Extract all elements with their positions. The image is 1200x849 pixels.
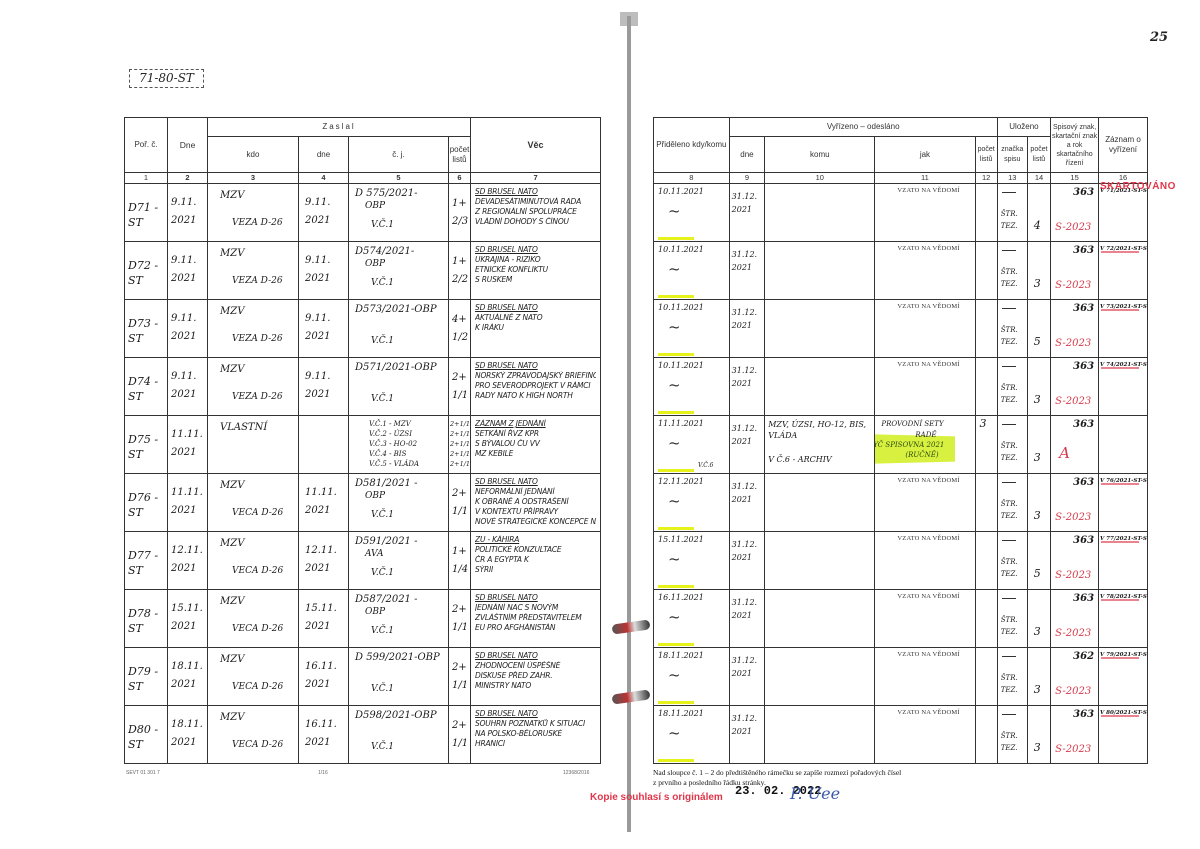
stored-sheet-count: 3: [1034, 684, 1041, 695]
header-prideleno: Přiděleno kdy/komu: [654, 118, 730, 173]
cell-listy-ul: 3: [1027, 416, 1050, 474]
cell-listy-ul: 3: [1027, 590, 1050, 648]
sent-date: 12.11. 2021: [305, 542, 343, 578]
file-mark: ŠTR. TEZ.: [1001, 324, 1023, 348]
header-spisovy-znak: Spisový znak, skartační znak a rok skart…: [1051, 118, 1099, 173]
cell-kdo: VLASTNÍ: [208, 416, 299, 474]
retention-code: A: [1059, 448, 1070, 459]
cell-pocet-listu: 2+1/1: [449, 590, 471, 648]
cell-spis-znak: 363S-2023: [1051, 184, 1099, 242]
cell-dne-z: 11.11. 2021: [299, 474, 349, 532]
resolved-date: 31.12. 2021: [732, 712, 760, 738]
dash-mark: [1002, 598, 1016, 599]
cell-spis-znak: 363S-2023: [1051, 590, 1099, 648]
sender: MZV: [220, 306, 244, 317]
cell-dne: 18.11. 2021: [168, 706, 208, 764]
register-row: 18.11.2021~31.12. 2021VZATO NA VĚDOMÍŠTR…: [654, 706, 1148, 764]
dash-mark: [1002, 250, 1016, 251]
column-number: 14: [1027, 173, 1050, 184]
cell-por: D72 - ST: [125, 242, 168, 300]
cell-dne: 9.11. 2021: [168, 242, 208, 300]
sender-dept: VEZA D-26: [232, 334, 283, 345]
assigned-date: 10.11.2021: [658, 302, 704, 313]
sheet-count: 1+: [452, 256, 467, 267]
register-row: D78 - ST15.11. 2021MZVVECA D-2615.11. 20…: [125, 590, 601, 648]
reference-number: D571/2021-OBP: [355, 362, 437, 373]
register-row: 18.11.2021~31.12. 2021VZATO NA VĚDOMÍŠTR…: [654, 648, 1148, 706]
resolved-date: 31.12. 2021: [732, 596, 760, 622]
cell-dne: 11.11. 2021: [168, 416, 208, 474]
cell-listy-ul: 3: [1027, 242, 1050, 300]
assigned-date: 18.11.2021: [658, 708, 704, 719]
column-number: 6: [449, 173, 471, 184]
column-number: 7: [471, 173, 601, 184]
cell-znacka: ŠTR. TEZ.: [997, 590, 1027, 648]
subject-line: EU PRO AFGHÁNISTÁN: [475, 623, 596, 633]
column-number: 11: [875, 173, 975, 184]
cell-komu: MZV, ÚZSI, HO-12, BIS,VLÁDAV Č.6 - ARCHI…: [765, 416, 875, 474]
cell-prideleno: 15.11.2021~: [654, 532, 730, 590]
cell-pocet-listu: 2+1/1: [449, 706, 471, 764]
subject-line: SOUHRN POZNATKŮ K SITUACI: [475, 719, 596, 729]
cell-kdo: MZVVECA D-26: [208, 706, 299, 764]
stored-sheet-count: 5: [1034, 336, 1041, 347]
signature: P. Uee: [790, 784, 840, 803]
header-zaslal: Zaslal: [208, 118, 471, 137]
file-mark: ŠTR. TEZ.: [1001, 730, 1023, 754]
binding-spine: [627, 16, 631, 832]
retention-code: S-2023: [1055, 222, 1091, 233]
cell-por: D73 - ST: [125, 300, 168, 358]
cell-jak: VZATO NA VĚDOMÍ: [875, 706, 975, 764]
header-komu: komu: [765, 137, 875, 173]
subject-line: S BÝVALOU ČU VV: [475, 439, 596, 449]
stored-sheet-count: 3: [1034, 742, 1041, 753]
cell-por: D71 - ST: [125, 184, 168, 242]
initials-signature: ~: [668, 318, 681, 336]
cell-prideleno: 18.11.2021~: [654, 648, 730, 706]
column-number: 9: [729, 173, 765, 184]
retention-code: S-2023: [1055, 570, 1091, 581]
cell-por: D80 - ST: [125, 706, 168, 764]
copy-number: V.Č.1: [371, 336, 394, 347]
cell-dne-z: 16.11. 2021: [299, 648, 349, 706]
initials-signature: ~: [668, 434, 681, 452]
copy-number: V.Č.1: [371, 684, 394, 695]
subject-line: UKRAJINA - RIZIKO: [475, 255, 596, 265]
binder-ring-icon: [611, 619, 650, 634]
red-stamp-mark: [1101, 657, 1139, 659]
cell-listy-ul: 3: [1027, 706, 1050, 764]
subject-line: SD BRUSEL NATO: [475, 709, 596, 719]
header-znacka-spisu: značka spisu: [997, 137, 1027, 173]
cell-pocet-listu: 1+1/4: [449, 532, 471, 590]
cell-zaznam: V 73/2021-ST-ST: [1099, 300, 1148, 358]
file-mark: ŠTR. TEZ.: [1001, 672, 1023, 696]
sender-dept: VECA D-26: [232, 508, 283, 519]
retention-code: S-2023: [1055, 628, 1091, 639]
received-date: 15.11. 2021: [171, 600, 205, 636]
assigned-date: 10.11.2021: [658, 186, 704, 197]
file-mark: ŠTR. TEZ.: [1001, 382, 1023, 406]
sent-date: 16.11. 2021: [305, 658, 343, 694]
cell-zaznam: [1099, 416, 1148, 474]
copy-number: V.Č.1: [371, 220, 394, 231]
dash-mark: [1002, 482, 1016, 483]
reference-number: D591/2021 -: [355, 536, 417, 547]
file-mark: ŠTR. TEZ.: [1001, 208, 1023, 232]
column-number: 5: [349, 173, 449, 184]
copy-number: V.Č.1: [371, 510, 394, 521]
cell-cj: V.Č.1 - MZVV.Č.2 - ÚZSIV.Č.3 - HO-02V.Č.…: [349, 416, 449, 474]
cell-pocet: [975, 706, 997, 764]
cell-spis-znak: 363S-2023: [1051, 474, 1099, 532]
highlight-mark: [658, 585, 694, 588]
column-number: 3: [208, 173, 299, 184]
entry-number: D71 - ST: [128, 200, 166, 230]
subject-line: RADY NATO K HIGH NORTH: [475, 391, 596, 401]
cell-znacka: ŠTR. TEZ.: [997, 648, 1027, 706]
column-number: 13: [997, 173, 1027, 184]
cell-vec: SD BRUSEL NATOSOUHRN POZNATKŮ K SITUACIN…: [471, 706, 601, 764]
discard-record: V 74/2021-ST-ST: [1100, 360, 1147, 371]
entry-number: D74 - ST: [128, 374, 166, 404]
file-mark: ŠTR. TEZ.: [1001, 266, 1023, 290]
cell-zaznam: V 72/2021-ST-ST: [1099, 242, 1148, 300]
received-date: 9.11. 2021: [171, 252, 205, 288]
highlight-mark: [658, 527, 694, 530]
sender: MZV: [220, 190, 244, 201]
discard-stamp: SKARTOVÁNO: [1100, 181, 1176, 192]
initials-signature: ~: [668, 724, 681, 742]
resolved-date: 31.12. 2021: [732, 480, 760, 506]
cell-vyr-dne: 31.12. 2021: [729, 648, 765, 706]
initials-signature: ~: [668, 608, 681, 626]
discard-record: V 78/2021-ST-ST: [1100, 592, 1147, 603]
attachment-count: 1/1: [452, 506, 468, 517]
register-row: 12.11.2021~31.12. 2021VZATO NA VĚDOMÍŠTR…: [654, 474, 1148, 532]
reference-number: D 599/2021-OBP: [355, 652, 440, 663]
discard-record: V 79/2021-ST-ST: [1100, 650, 1147, 661]
assigned-date: 18.11.2021: [658, 650, 704, 661]
initials-signature: ~: [668, 260, 681, 278]
resolved-date: 31.12. 2021: [732, 654, 760, 680]
resolution-stamp: VZATO NA VĚDOMÍ: [897, 535, 959, 542]
subject-line: ZHODNOCENÍ ÚSPĚŠNÉ: [475, 661, 596, 671]
cell-znacka: ŠTR. TEZ.: [997, 474, 1027, 532]
register-row: D75 - ST11.11. 2021VLASTNÍV.Č.1 - MZVV.Č…: [125, 416, 601, 474]
subject-line: DEVADESÁTIMINUTOVÁ RADA: [475, 197, 596, 207]
header-kdo: kdo: [208, 137, 299, 173]
subject-line: MINISTRY NATO: [475, 681, 596, 691]
cell-kdo: MZVVECA D-26: [208, 532, 299, 590]
cell-pocet: [975, 474, 997, 532]
cell-cj: D581/2021 -OBPV.Č.1: [349, 474, 449, 532]
cell-komu: [765, 184, 875, 242]
dash-mark: [1002, 192, 1016, 193]
cell-por: D76 - ST: [125, 474, 168, 532]
resolution-stamp: VZATO NA VĚDOMÍ: [897, 651, 959, 658]
subject-line: ZVLÁŠTNÍM PŘEDSTAVITELEM: [475, 613, 596, 623]
resolved-date: 31.12. 2021: [732, 306, 760, 332]
recipient: V Č.6 - ARCHIV: [768, 454, 831, 465]
discard-record: V 73/2021-ST-ST: [1100, 302, 1147, 313]
cell-prideleno: 10.11.2021~: [654, 300, 730, 358]
cell-dne: 9.11. 2021: [168, 358, 208, 416]
form-code-left: SEVT 01 301 7: [126, 770, 160, 776]
received-date: 9.11. 2021: [171, 368, 205, 404]
cell-spis-znak: 363S-2023: [1051, 300, 1099, 358]
cell-komu: [765, 706, 875, 764]
attachment-count: 1/1: [452, 738, 468, 749]
register-row: 10.11.2021~31.12. 2021VZATO NA VĚDOMÍŠTR…: [654, 358, 1148, 416]
cell-prideleno: 16.11.2021~: [654, 590, 730, 648]
file-mark: ŠTR. TEZ.: [1001, 440, 1023, 464]
column-number: 12: [975, 173, 997, 184]
cell-pocet-listu: 2+1/1: [449, 474, 471, 532]
cell-znacka: ŠTR. TEZ.: [997, 242, 1027, 300]
subject-line: SETKÁNÍ ŘVZ KPR: [475, 429, 596, 439]
register-left-table: Poř. č. Dne Zaslal Věc kdo dne č. j. poč…: [124, 117, 601, 764]
subject-line: K OBRANĚ A ODSTRAŠENÍ: [475, 497, 596, 507]
cell-spis-znak: 362S-2023: [1051, 648, 1099, 706]
resolution-note: (RUČNĚ): [905, 450, 938, 461]
assigned-date: 15.11.2021: [658, 534, 704, 545]
resolved-date: 31.12. 2021: [732, 364, 760, 390]
cell-komu: [765, 474, 875, 532]
stored-sheet-count: 3: [1034, 394, 1041, 405]
received-date: 18.11. 2021: [171, 658, 205, 694]
cell-vec: SD BRUSEL NATOZHODNOCENÍ ÚSPĚŠNÉDISKUSE …: [471, 648, 601, 706]
subject-line: SD BRUSEL NATO: [475, 651, 596, 661]
sheet-count: 3: [980, 418, 987, 429]
cell-pocet: 3: [975, 416, 997, 474]
cell-prideleno: 10.11.2021~: [654, 184, 730, 242]
red-stamp-mark: [1101, 367, 1139, 369]
cell-pocet: [975, 300, 997, 358]
resolved-date: 31.12. 2021: [732, 248, 760, 274]
subject-line: SD BRUSEL NATO: [475, 303, 596, 313]
header-cj: č. j.: [349, 137, 449, 173]
entry-number: D77 - ST: [128, 548, 166, 578]
cell-zaznam: V 79/2021-ST-ST: [1099, 648, 1148, 706]
cell-znacka: ŠTR. TEZ.: [997, 300, 1027, 358]
copy-number: V.Č.1: [371, 394, 394, 405]
cell-por: D78 - ST: [125, 590, 168, 648]
received-date: 12.11. 2021: [171, 542, 205, 578]
cell-jak: VZATO NA VĚDOMÍ: [875, 648, 975, 706]
header-vyrizeno: Vyřízeno – odesláno: [729, 118, 997, 137]
sent-date: 9.11. 2021: [305, 310, 343, 346]
highlight-mark: [658, 643, 694, 646]
sheet-count: 2+: [452, 662, 467, 673]
reference-number: D574/2021-: [355, 246, 414, 257]
cell-prideleno: 10.11.2021~: [654, 358, 730, 416]
cell-cj: D574/2021-OBPV.Č.1: [349, 242, 449, 300]
cell-cj: D573/2021-OBPV.Č.1: [349, 300, 449, 358]
sent-date: 9.11. 2021: [305, 368, 343, 404]
retention-code: S-2023: [1055, 280, 1091, 291]
cell-vyr-dne: 31.12. 2021: [729, 706, 765, 764]
stored-sheet-count: 4: [1034, 220, 1041, 231]
stored-sheet-count: 5: [1034, 568, 1041, 579]
subject-line: DISKUSE PŘED ZAHR.: [475, 671, 596, 681]
assigned-date: 10.11.2021: [658, 360, 704, 371]
cell-cj: D 599/2021-OBPV.Č.1: [349, 648, 449, 706]
cell-vyr-dne: 31.12. 2021: [729, 242, 765, 300]
initials-signature: ~: [668, 376, 681, 394]
sender-dept: VECA D-26: [232, 566, 283, 577]
cell-vyr-dne: 31.12. 2021: [729, 358, 765, 416]
subject-line: SD BRUSEL NATO: [475, 245, 596, 255]
sender: MZV: [220, 654, 244, 665]
cell-dne: 12.11. 2021: [168, 532, 208, 590]
copy-number: V.Č.1: [371, 742, 394, 753]
cell-spis-znak: 363S-2023: [1051, 358, 1099, 416]
red-stamp-mark: [1101, 483, 1139, 485]
copy-number: V.Č.1: [371, 278, 394, 289]
file-code: 363: [1073, 593, 1094, 604]
cell-listy-ul: 4: [1027, 184, 1050, 242]
header-vec: Věc: [471, 118, 601, 173]
cell-znacka: ŠTR. TEZ.: [997, 706, 1027, 764]
dash-mark: [1002, 540, 1016, 541]
subject-line: Z REGIONÁLNÍ SPOLUPRÁCE: [475, 207, 596, 217]
register-row: D74 - ST9.11. 2021MZVVEZA D-269.11. 2021…: [125, 358, 601, 416]
header-ulozeno: Uloženo: [997, 118, 1050, 137]
resolution-stamp: VZATO NA VĚDOMÍ: [897, 187, 959, 194]
cell-cj: D587/2021 -OBPV.Č.1: [349, 590, 449, 648]
red-stamp-mark: [1101, 599, 1139, 601]
file-code: 362: [1073, 651, 1094, 662]
cell-cj: D598/2021-OBPV.Č.1: [349, 706, 449, 764]
cell-kdo: MZVVECA D-26: [208, 590, 299, 648]
column-number: 8: [654, 173, 730, 184]
register-row: D77 - ST12.11. 2021MZVVECA D-2612.11. 20…: [125, 532, 601, 590]
cell-vec: SD BRUSEL NATONEFORMÁLNÍ JEDNÁNÍK OBRANĚ…: [471, 474, 601, 532]
recipient: VLÁDA: [768, 430, 797, 441]
copy-certified-stamp: Kopie souhlasí s originálem: [590, 792, 723, 803]
cell-por: D74 - ST: [125, 358, 168, 416]
register-right-table: Přiděleno kdy/komu Vyřízeno – odesláno U…: [653, 117, 1148, 764]
stored-sheet-count: 3: [1034, 510, 1041, 521]
cell-kdo: MZVVEZA D-26: [208, 242, 299, 300]
discard-record: V 80/2021-ST-ST: [1100, 708, 1147, 719]
cell-vyr-dne: 31.12. 2021: [729, 532, 765, 590]
red-stamp-mark: [1101, 541, 1139, 543]
initials-signature: ~: [668, 492, 681, 510]
retention-code: S-2023: [1055, 512, 1091, 523]
subject-line: S RUSKEM: [475, 275, 596, 285]
subject-line: NORSKÝ ZPRAVODAJSKÝ BRIEFING: [475, 371, 596, 381]
register-row: D71 - ST9.11. 2021MZVVEZA D-269.11. 2021…: [125, 184, 601, 242]
copy-note: V.Č.6: [698, 460, 713, 471]
cell-dne-z: 9.11. 2021: [299, 358, 349, 416]
cell-pocet-listu: 2+1/12+1/12+1/12+1/12+1/1: [449, 416, 471, 474]
attachment-count: 1/1: [452, 680, 468, 691]
column-number: 1: [125, 173, 168, 184]
sender: MZV: [220, 364, 244, 375]
cell-pocet-listu: 2+1/1: [449, 648, 471, 706]
cell-pocet-listu: 2+1/1: [449, 358, 471, 416]
cell-komu: [765, 242, 875, 300]
initials-signature: ~: [668, 550, 681, 568]
cell-pocet: [975, 590, 997, 648]
reference-dept: AVA: [365, 549, 383, 560]
file-code: 363: [1073, 419, 1094, 430]
register-row: 10.11.2021~31.12. 2021VZATO NA VĚDOMÍŠTR…: [654, 242, 1148, 300]
retention-code: S-2023: [1055, 396, 1091, 407]
cell-spis-znak: 363S-2023: [1051, 706, 1099, 764]
cell-zaznam: V 78/2021-ST-ST: [1099, 590, 1148, 648]
cell-dne: 11.11. 2021: [168, 474, 208, 532]
reference-dept: OBP: [365, 259, 385, 270]
cell-znacka: ŠTR. TEZ.: [997, 184, 1027, 242]
retention-code: S-2023: [1055, 744, 1091, 755]
subject-line: JEDNÁNÍ NAC S NOVÝM: [475, 603, 596, 613]
highlight-mark: [658, 411, 694, 414]
resolution-stamp: VZATO NA VĚDOMÍ: [897, 361, 959, 368]
subject-line: PRO SEVERODPROJEKT V RÁMCI: [475, 381, 596, 391]
assigned-date: 11.11.2021: [658, 418, 704, 429]
header-pocet-listu: počet listů: [449, 137, 471, 173]
entry-number: D76 - ST: [128, 490, 166, 520]
column-number: 15: [1051, 173, 1099, 184]
cell-vyr-dne: 31.12. 2021: [729, 474, 765, 532]
resolution-stamp: VZATO NA VĚDOMÍ: [897, 477, 959, 484]
cell-jak: VZATO NA VĚDOMÍ: [875, 474, 975, 532]
reference-number: D587/2021 -: [355, 594, 417, 605]
assigned-date: 12.11.2021: [658, 476, 704, 487]
attachment-count: 1/2: [452, 332, 468, 343]
highlight-mark: [658, 701, 694, 704]
cell-dne: 9.11. 2021: [168, 184, 208, 242]
sender-dept: VEZA D-26: [232, 392, 283, 403]
copy-number: V.Č.1: [371, 568, 394, 579]
initials-signature: ~: [668, 666, 681, 684]
resolution-note: PROVODNÍ SETY: [881, 419, 943, 430]
register-row: 15.11.2021~31.12. 2021VZATO NA VĚDOMÍŠTR…: [654, 532, 1148, 590]
cell-zaznam: V 74/2021-ST-ST: [1099, 358, 1148, 416]
cell-vec: SD BRUSEL NATONORSKÝ ZPRAVODAJSKÝ BRIEFI…: [471, 358, 601, 416]
assigned-date: 16.11.2021: [658, 592, 704, 603]
cell-dne: 18.11. 2021: [168, 648, 208, 706]
column-number: 2: [168, 173, 208, 184]
header-por: Poř. č.: [125, 118, 168, 173]
sent-date: 9.11. 2021: [305, 194, 343, 230]
sheet-count: 2+: [452, 488, 467, 499]
subject-line: SD BRUSEL NATO: [475, 593, 596, 603]
cell-dne-z: 12.11. 2021: [299, 532, 349, 590]
reference-dept: OBP: [365, 491, 385, 502]
cell-pocet-listu: 1+2/2: [449, 242, 471, 300]
sent-date: 11.11. 2021: [305, 484, 343, 520]
register-row: 10.11.2021~31.12. 2021VZATO NA VĚDOMÍŠTR…: [654, 184, 1148, 242]
resolved-date: 31.12. 2021: [732, 190, 760, 216]
sender-dept: VECA D-26: [232, 682, 283, 693]
sender: MZV: [220, 712, 244, 723]
cell-vyr-dne: 31.12. 2021: [729, 184, 765, 242]
highlight-mark: [658, 759, 694, 762]
attachment-count: 2/3: [452, 216, 468, 227]
cell-cj: D 575/2021-OBPV.Č.1: [349, 184, 449, 242]
subject-line: V KONTEXTU PŘÍPRAVY: [475, 507, 596, 517]
cell-kdo: MZVVECA D-26: [208, 648, 299, 706]
cell-jak: VZATO NA VĚDOMÍ: [875, 532, 975, 590]
reference-number: D573/2021-OBP: [355, 304, 437, 315]
file-mark: ŠTR. TEZ.: [1001, 498, 1023, 522]
cell-komu: [765, 300, 875, 358]
